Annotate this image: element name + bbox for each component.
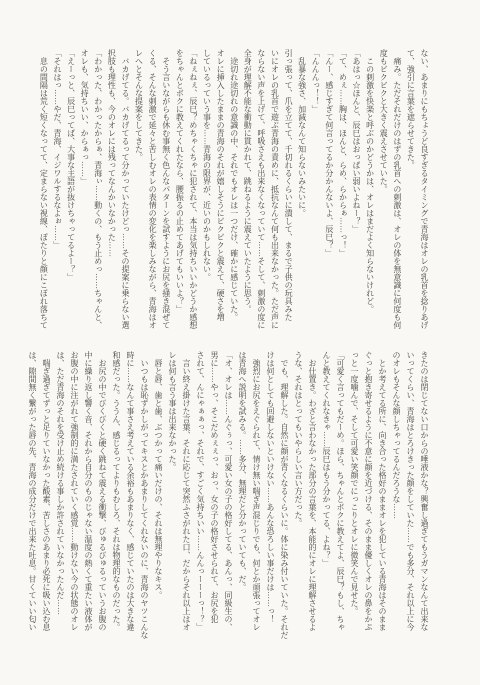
text-line: ぐっと抱き寄せるように不意に顔を近づける、そのまま優しくオレの鼻をかぷ [361,351,375,660]
text-line: 痛み。ただそれだけのはずの乳首への刺激は、オレの体を無意識に何度も何 [390,49,404,338]
text-line: は、隙間無く繋がった唇の先、青海の成分だけで出来た吐息。甘くていい匂い [25,351,39,660]
text-line: いってくらい、青海はとろけきった顔をしていた……でも多分、それ以上に今 [403,351,417,660]
novel-page: ない、あまりにもちょうど良すぎるタイミングで青海はオレの乳首を捻りあげて、強引に… [0,0,480,685]
vertical-text-block-lower: きたのは閉じてない口からの唾液かな？興奮し過ぎてもうガマンなんて出来ないってくら… [25,351,431,660]
text-line: 息の間隔は荒く短くなってて、定まらない視線、ぽたりと顔にこぼれ落ちて [37,49,51,338]
text-line: ない、あまりにもちょうど良すぎるタイミングで青海はオレの乳首を捻りあげ [417,49,431,338]
text-line: 「て、めぇ……胸は、ほんと、らめ、らからぁ……っ！」 [336,49,350,338]
text-line: をちゃんとボクに教えてくれたなら、腰振るの止めてあげてもいいよ？」 [173,49,187,338]
text-line: いにオレの乳首で遊ぶ青海の責めに、抵抗なんて何も出来なかった。ただ声に [268,49,282,338]
text-line: とか考えてる所に、向き合った格好のままオレを犯している青海はそのまま [375,351,389,660]
text-line: んと教えてくれなきゃ……辰巳はもう分かってる、よね？」 [319,351,333,660]
text-line: うな、それはとってもいやらしい言い方だった。 [291,351,305,660]
text-line: は、ただ青海のそれを受け止め続ける事しか許されていなかったんだ…… [53,351,67,660]
text-line: っと一度噛んで、そして可愛い笑顔でにっこりとオレに微笑んで見せた。 [347,351,361,660]
text-line: ならない声を上げて、呼吸さえも出来なくなっていて……そして、刺激の度に [254,49,268,338]
text-line: 「オ、オレは……んぐぅっ、可愛い女の子の格好してる、あんっ、同級生の、 [221,351,235,660]
text-line: 「わかった、わかったからぁ、青海ぃ……動くの、もう止めっ……ちゃんと、 [91,49,105,338]
text-line: くる、そんな刺激で延々と苦しむオレの表情の変化を楽しみながら、青海はオ [146,49,160,338]
text-line: 択肢も理性も、今のオレには残ってなんかいなかった…… [105,49,119,338]
text-line: 「んんんっ！！」 [309,49,323,338]
text-line: オレも、気持ちいい、からぁっ……」 [78,49,92,338]
text-line: は青海へ説明を試みる。……多分、無理だと分かっていても、だ。 [235,351,249,660]
text-line: て、強引に言葉を遮らせてきた。 [404,49,418,338]
text-line: この刺激を快楽と呼ぶのかどうかは、オレはまだよく知らないけれど。 [363,49,377,338]
text-line: けは何としても回避しないといけない……あんな恐ろしい事だけは……っ！ [263,351,277,660]
text-line: 度もビクビクと大きく震えさせていた。 [377,49,391,338]
text-line: 「ねぇねぇ、辰巳？めちゃくちゃに犯されて、本当は気持ちいいかどうか感想 [186,49,200,338]
text-line: 男に……やっ、そこだめぇぇっ、おっ、女の子の格好させられて、お尻を犯 [207,351,221,660]
text-line: のオレもそんな顔しちゃってるんだろうな…… [389,351,403,660]
text-line: 引っ張って、爪を立てて、千切れるくらいに潰して、まるで子供の玩具みた [281,49,295,338]
text-line: 時に……なんて事さえ考えている余裕もあまりなく、感じていたのは大きな違 [123,351,137,660]
text-line: 言い終え掛けた言葉、それに応じて突然ふさがれた口、だからそれ以上はオ [179,351,193,660]
text-line: そう言いながらも休む事無く色んなパターンを試すようにお尻を掻き混ぜて [159,49,173,338]
text-line: レは何も言う事は出来なかった。 [165,351,179,660]
text-line: 途切れ途切れの意識の中、それでもオレは一つだけ、確かに感じていた。 [227,49,241,338]
text-line: きたのは閉じてない口からの唾液かな？興奮し過ぎてもうガマンなんて出来な [417,351,431,660]
text-line: 唇と唇、歯と歯、ぶつかって痛いだけの、それは無理やりなキス。 [151,351,165,660]
text-line: 乱暴な強さ、加減なんて知らないみたいに。 [295,49,309,338]
text-line: 「えーっと、辰巳ってば、大事な主語が抜けちゃってるよー？」 [64,49,78,338]
text-line: でも、理解した。自然に顔が青くなるくらいに。体に染み付いていた。それだ [277,351,291,660]
text-line: レへとそんな提案をしてきた。 [132,49,146,338]
text-line: 「それはっ……やだ、青海、イジワルするなよぉ……」 [50,49,64,338]
vertical-text-block-upper: ない、あまりにもちょうど良すぎるタイミングで青海はオレの乳首を捻りあげて、強引に… [37,49,431,338]
text-line: 「あはっ☆ほんと、辰巳はおっぱい弱いよねー？」 [349,49,363,338]
text-line: お仕置き。わざと言わなかった部分の言葉を、本能的にオレに理解させるよ [305,351,319,660]
text-line: 「んー、感じすぎて何言ってるか分かんないよ、辰巳？」 [322,49,336,338]
text-line: オレに挿入したままの青海のそれが嬉しそうにビクビクと震えて、硬さを増 [214,49,228,338]
text-line: 中に繰り返し響く音、それから自分のものじゃない温度の熱くて重たい液体が [81,351,95,660]
text-line: いつもは恥ずかしがってキスとかあまりしてくれないのに、青海のヤツこんな [137,351,151,660]
text-line: 「可愛く言ってもだーめ。ほら、ちゃんとボクに教えてよ、辰巳？もし、ちゃ [333,351,347,660]
text-line: お腹の中に注がれて強制的に満たされていく感覚……動けない今の状態のオレ [67,351,81,660]
text-line: 強烈にお尻をえぐられて、情け無い喘ぎ声混じりでも、何とか頑張ってオレ [249,351,263,660]
text-line: お尻の中でびくびくと硬く跳ねて震える衝撃、びゅるびゅるっていうお腹の [95,351,109,660]
text-line: 喘ぎ過ぎてずっと足りていなかった酸素、苦しさのあまり必死に吸い込む息 [39,351,53,660]
text-line: しているっていう事を……青海の限界が、近いのかもしれない。 [200,49,214,338]
text-line: 全身が理解不能な衝動に貫かれて、跳ねるように震えていたように思う。 [241,49,255,338]
text-line: 和感だった。ううん、感じるってよりもむしろ、それは物理的なものだった。 [109,351,123,660]
text-line: バカげてる。バカげてるって分かっていたけどっ……その提案に乗らない選 [118,49,132,338]
text-line: されて、んにゃぁぁっ、それで、すごく気持ちいい……んんっーーーっ！？」 [193,351,207,660]
